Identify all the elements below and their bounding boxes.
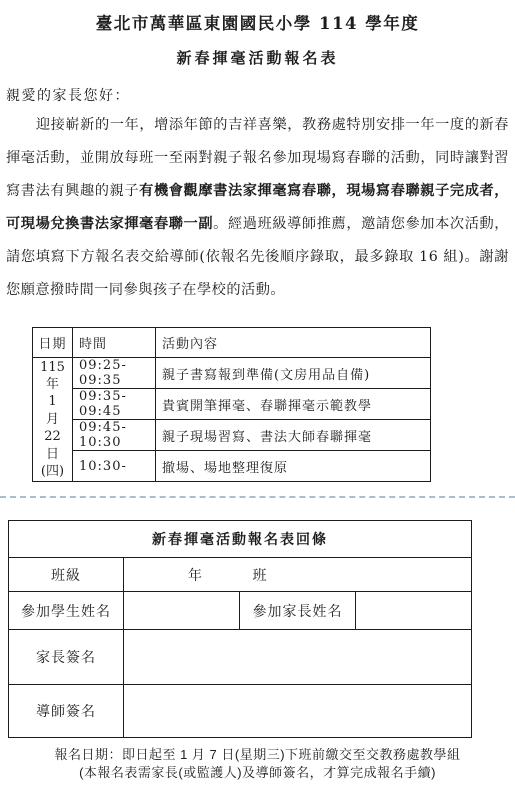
date-line: 1 [33, 393, 72, 410]
student-name-label: 參加學生姓名 [9, 592, 124, 630]
page-title: 臺北市萬華區東園國民小學 114 學年度 [0, 10, 515, 34]
greeting-line: 親愛的家長您好： [6, 85, 130, 105]
student-name-input-area[interactable] [124, 592, 240, 630]
class-unit-label: 班 [252, 568, 267, 584]
parent-name-input-area[interactable] [356, 592, 472, 630]
class-input-area[interactable]: 年 班 [124, 558, 472, 592]
footer-note: (本報名表需家長(或監護人)及導師簽名，才算完成報名手續) [0, 762, 515, 781]
reply-slip-names-row: 參加學生姓名 參加家長姓名 [9, 592, 472, 630]
parent-signature-label: 家長簽名 [9, 630, 124, 685]
registration-form-document: 臺北市萬華區東園國民小學 114 學年度 新春揮毫活動報名表 親愛的家長您好： … [0, 0, 515, 791]
schedule-activity-cell: 親子現場習寫、書法大師春聯揮毫 [156, 420, 431, 451]
year-label: 年 [188, 568, 203, 584]
teacher-signature-label: 導師簽名 [9, 685, 124, 738]
schedule-activity-cell: 親子書寫報到準備(文房用品自備) [156, 358, 431, 389]
schedule-date-cell: 115 年 1 月 22 日 (四) [33, 358, 73, 482]
reply-slip-parent-signature-row: 家長簽名 [9, 630, 472, 685]
cut-dashed-line [0, 496, 515, 498]
date-line: (四) [33, 463, 72, 480]
schedule-header-time: 時間 [73, 328, 156, 358]
schedule-time-cell: 09:35-09:45 [73, 389, 156, 420]
schedule-row: 09:35-09:45 貴賓開筆揮毫、春聯揮毫示範教學 [33, 389, 431, 420]
page-subtitle: 新春揮毫活動報名表 [0, 47, 515, 68]
schedule-time-cell: 09:25-09:35 [73, 358, 156, 389]
date-line: 年 [33, 376, 72, 393]
schedule-header-row: 日期 時間 活動內容 [33, 328, 431, 358]
schedule-table: 日期 時間 活動內容 115 年 1 月 22 日 (四) 09:25-09:3… [32, 327, 431, 482]
schedule-activity-cell: 貴賓開筆揮毫、春聯揮毫示範教學 [156, 389, 431, 420]
parent-name-label: 參加家長姓名 [240, 592, 356, 630]
reply-slip-class-row: 班級 年 班 [9, 558, 472, 592]
date-line: 月 [33, 411, 72, 428]
schedule-time-cell: 09:45-10:30 [73, 420, 156, 451]
schedule-row: 10:30- 撤場、場地整理復原 [33, 451, 431, 482]
schedule-activity-cell: 撤場、場地整理復原 [156, 451, 431, 482]
reply-slip-title: 新春揮毫活動報名表回條 [9, 521, 472, 558]
reply-slip-table: 新春揮毫活動報名表回條 班級 年 班 參加學生姓名 參加家長姓名 家長簽名 導師… [8, 520, 472, 738]
parent-signature-input-area[interactable] [124, 630, 472, 685]
schedule-row: 115 年 1 月 22 日 (四) 09:25-09:35 親子書寫報到準備(… [33, 358, 431, 389]
intro-paragraph: 迎接嶄新的一年，增添年節的吉祥喜樂，教務處特別安排一年一度的新春揮毫活動，並開放… [6, 109, 509, 307]
date-line: 22 [33, 428, 72, 445]
schedule-header-date: 日期 [33, 328, 73, 358]
date-line: 日 [33, 446, 72, 463]
teacher-signature-input-area[interactable] [124, 685, 472, 738]
reply-slip-title-row: 新春揮毫活動報名表回條 [9, 521, 472, 558]
schedule-header-activity: 活動內容 [156, 328, 431, 358]
date-line: 115 [33, 359, 72, 376]
schedule-row: 09:45-10:30 親子現場習寫、書法大師春聯揮毫 [33, 420, 431, 451]
footer-deadline: 報名日期：即日起至 1 月 7 日(星期三)下班前繳交至交教務處教學組 [0, 744, 515, 763]
schedule-time-cell: 10:30- [73, 451, 156, 482]
reply-slip-teacher-signature-row: 導師簽名 [9, 685, 472, 738]
class-label: 班級 [9, 558, 124, 592]
